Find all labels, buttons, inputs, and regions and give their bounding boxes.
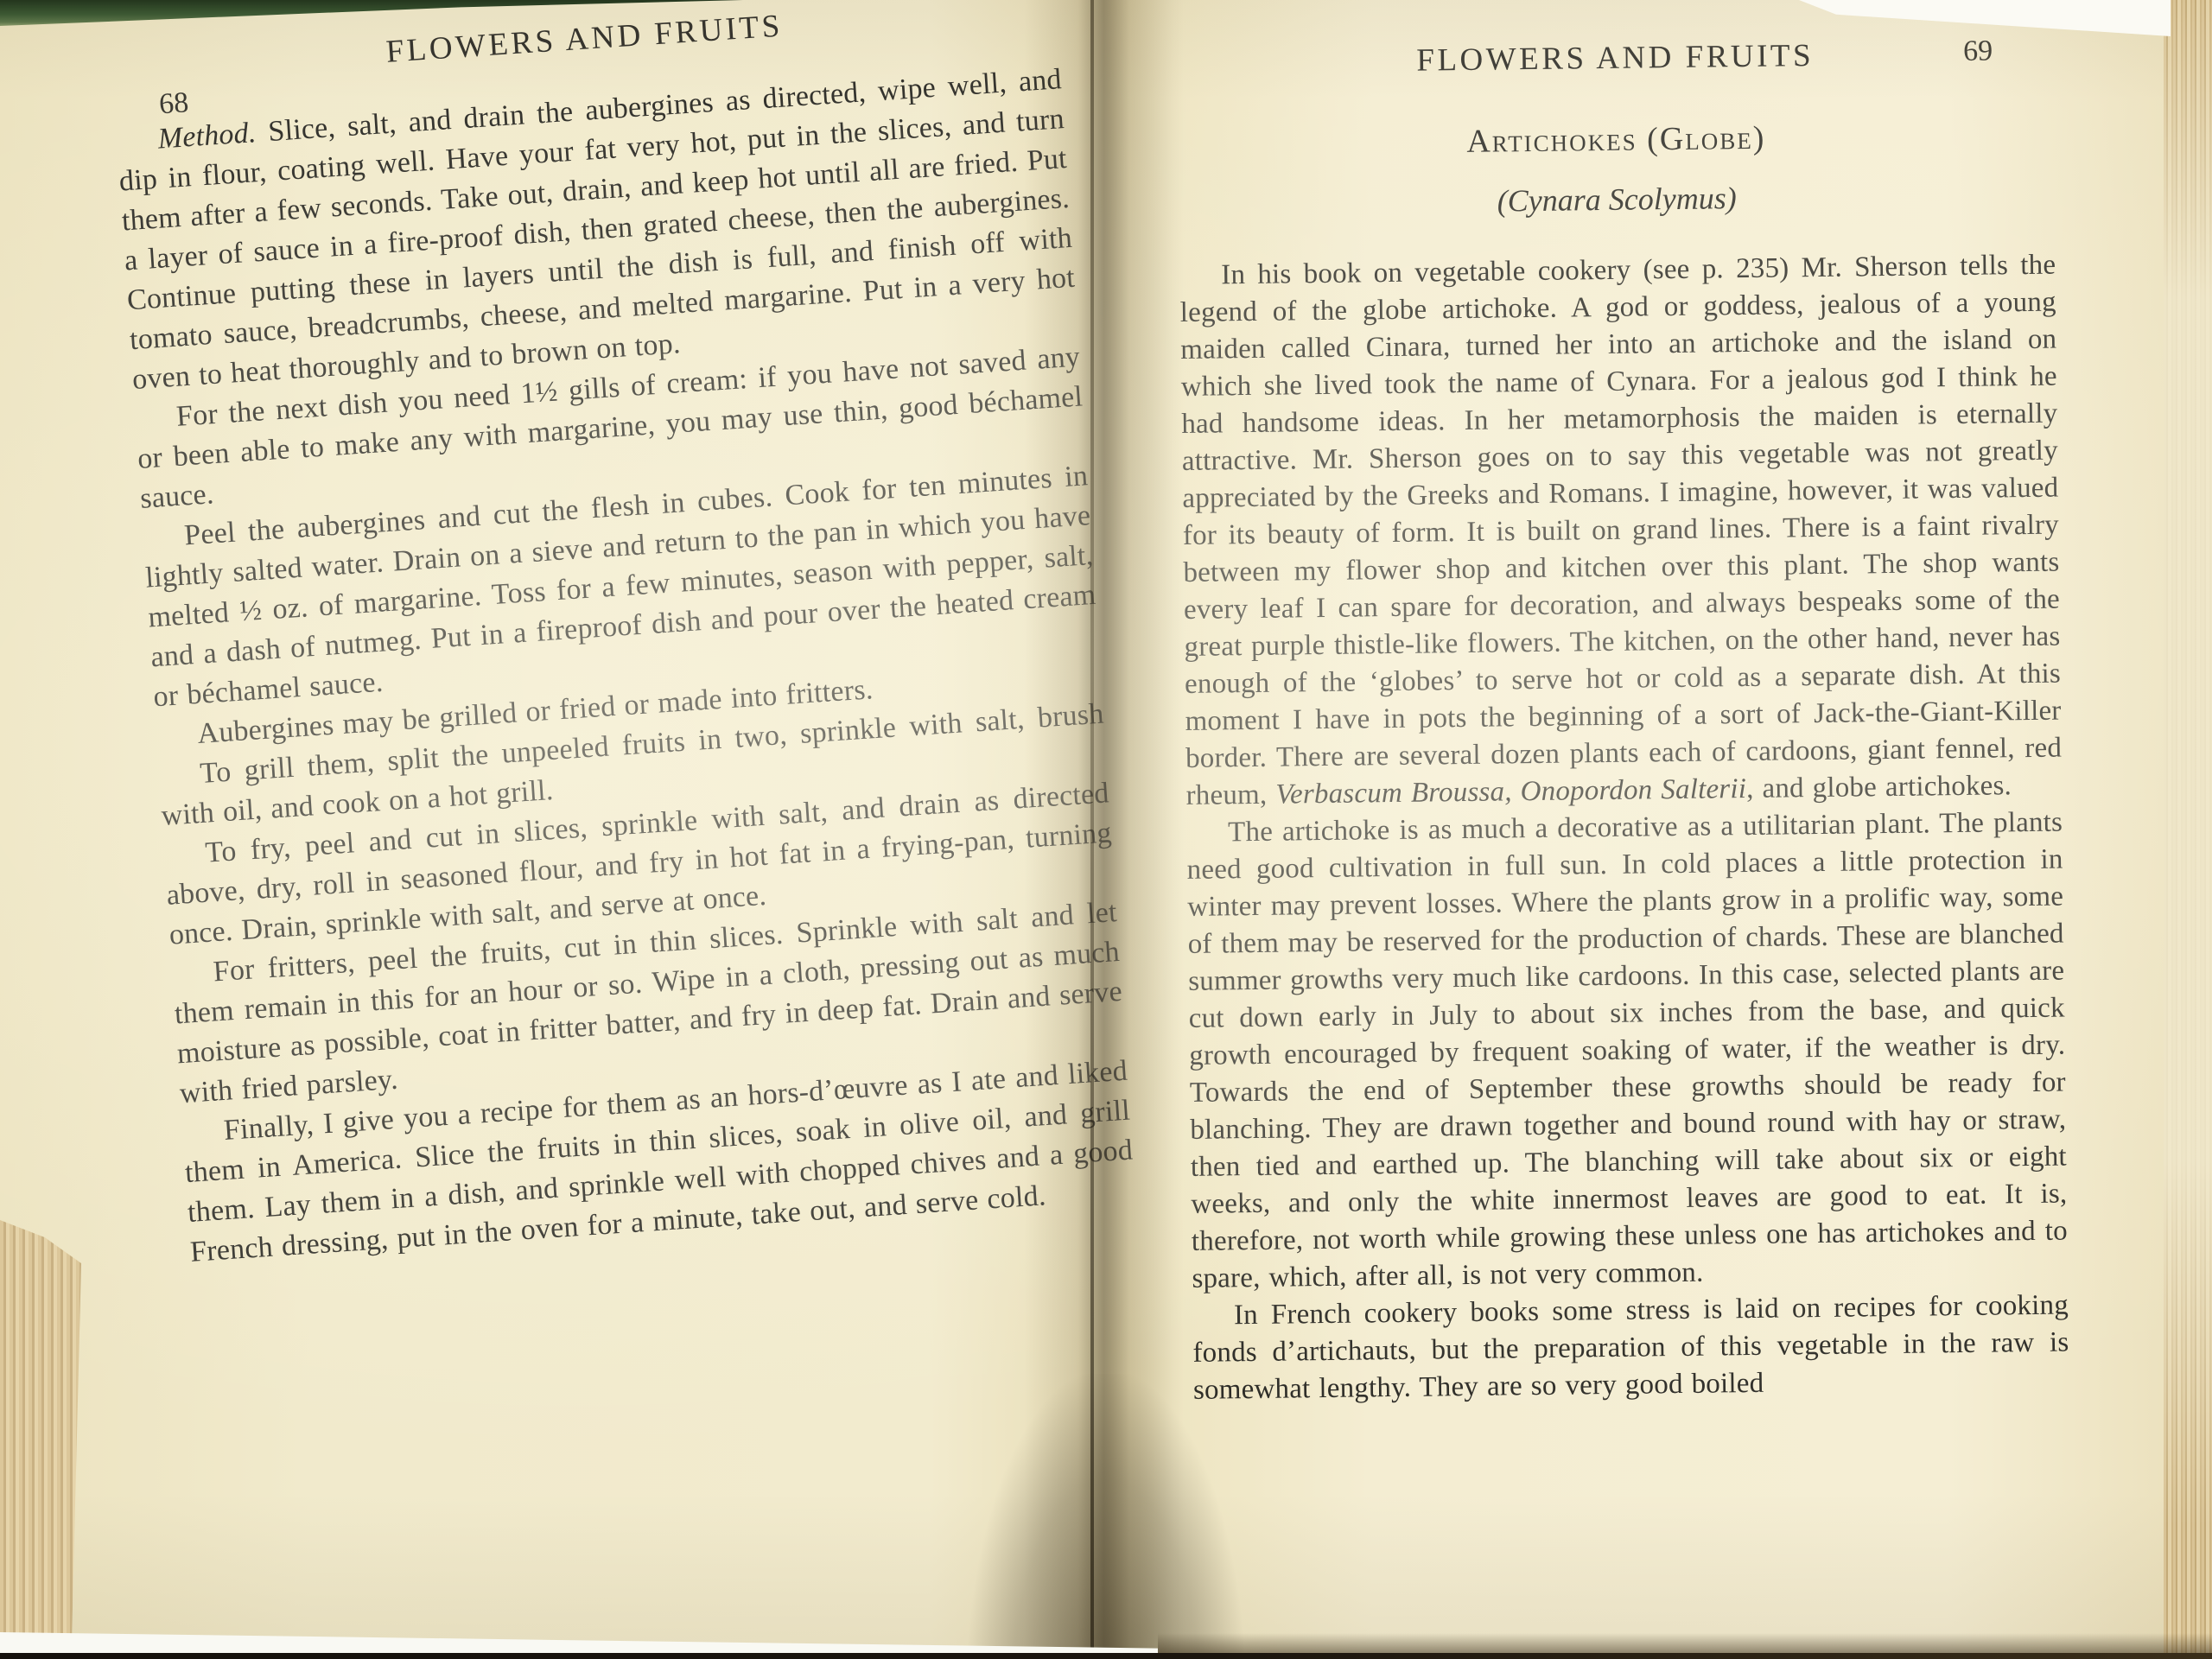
paragraph: In his book on vegetable cookery (see p.… [1179, 247, 2063, 815]
scanner-background-wedge [1799, 0, 2171, 36]
running-header: FLOWERS AND FRUITS [1177, 35, 2053, 82]
page-edge-stack-right [2164, 0, 2212, 1659]
right-page-header-row: FLOWERS AND FRUITS 69 [1177, 35, 2054, 93]
right-page: FLOWERS AND FRUITS 69 Artichokes (Globe)… [1177, 35, 2069, 1409]
section-heading: Artichokes (Globe) [1178, 116, 2054, 164]
left-page-body: Method. Slice, salt, and drain the auber… [115, 60, 1136, 1273]
left-page: FLOWERS AND FRUITS 68 Method. Slice, sal… [111, 0, 1136, 1273]
paragraph: In French cookery books some stress is l… [1192, 1287, 2070, 1409]
scan-bottom-edge [0, 1653, 2212, 1659]
right-page-body: In his book on vegetable cookery (see p.… [1179, 247, 2069, 1409]
section-latin-name: (Cynara Scolymus) [1179, 176, 2055, 223]
page-number: 68 [158, 86, 189, 121]
paragraph: The artichoke is as much a decorative as… [1186, 804, 2069, 1298]
page-number: 69 [1963, 35, 1993, 67]
book-spread-scan: FLOWERS AND FRUITS 68 Method. Slice, sal… [0, 0, 2212, 1659]
page-edge-stack-left [0, 1220, 81, 1652]
book-gutter-bottom-shadow [968, 1374, 1244, 1659]
